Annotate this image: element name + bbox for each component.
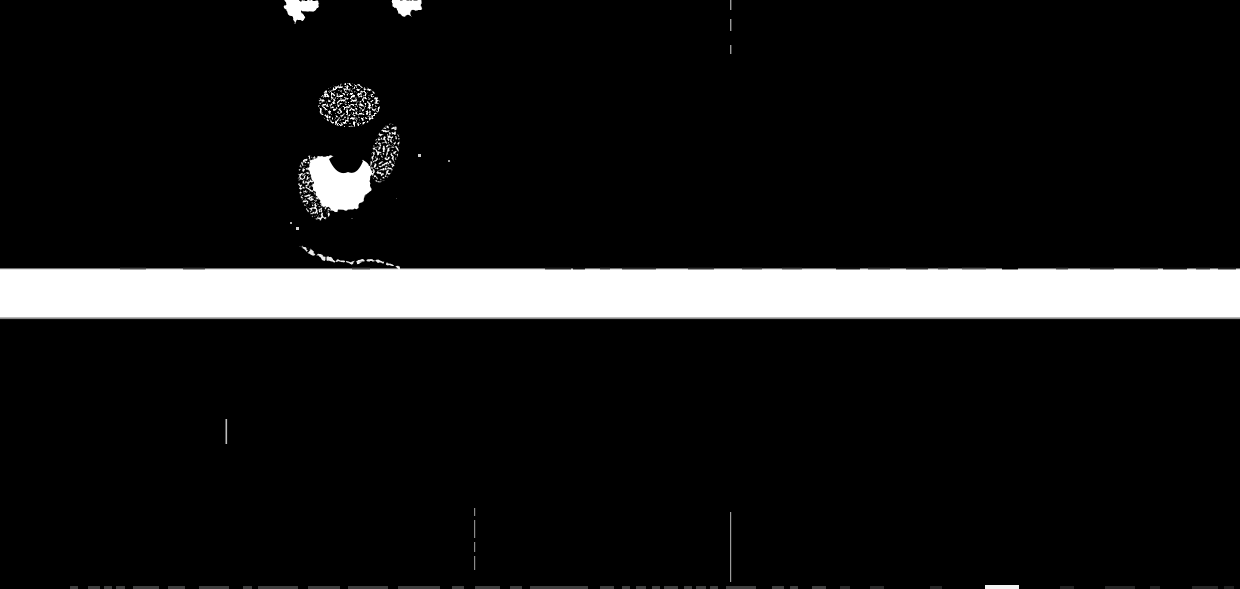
gutter-top-edge-dash <box>1056 268 1068 270</box>
gutter-top-edge-dash <box>1140 268 1158 270</box>
top-highlight-blob-right <box>392 0 421 17</box>
gutter-top-edge-dash <box>782 268 802 270</box>
left-short-line <box>226 419 228 444</box>
top-column-divider-dashed <box>730 19 731 31</box>
page-gutter-band <box>0 268 1240 319</box>
gutter-top-edge-dash <box>1002 268 1018 270</box>
halftone-figure-layer <box>284 0 450 267</box>
gutter-top-edge-dash <box>352 268 370 270</box>
top-column-divider-dashed <box>730 45 731 54</box>
gutter-top-edge-dash <box>573 268 585 270</box>
stray-speck-b <box>448 160 450 162</box>
top-highlight-blob-left <box>284 0 319 23</box>
gutter-top-edge-dash <box>1163 268 1187 270</box>
under-chin-scatter <box>316 212 388 240</box>
gutter-top-edge-dash <box>120 268 146 270</box>
gutter-top-edge-dash <box>906 268 928 270</box>
gutter-top-edge-dash <box>1196 268 1210 270</box>
page-gutter-layer <box>0 268 1240 319</box>
gutter-top-edge-dash <box>1090 268 1114 270</box>
bottom-edge-dash <box>985 585 1019 589</box>
gutter-bottom-hairline <box>0 317 1240 319</box>
mid-column-divider-dashed <box>474 556 475 570</box>
gutter-top-edge-dash <box>938 268 948 270</box>
gutter-top-edge-dash <box>600 268 610 270</box>
arm-speck-a <box>296 227 299 230</box>
right-column-divider <box>730 512 731 582</box>
hair-mass-core <box>328 90 364 114</box>
mid-column-divider-dashed <box>474 508 475 516</box>
viewer-screen <box>0 0 1240 589</box>
gutter-top-edge-dash <box>836 268 860 270</box>
gutter-top-edge-dash <box>742 268 762 270</box>
gutter-top-edge-dash <box>545 268 571 270</box>
bottom-edge-layer <box>70 585 1234 589</box>
mid-column-divider-dashed <box>474 542 475 552</box>
left-edge-scatter <box>292 177 310 205</box>
gutter-top-edge-dash <box>183 268 205 270</box>
top-column-divider-dashed <box>730 0 731 10</box>
stray-speck-a <box>418 154 421 157</box>
gutter-top-edge-dash <box>688 268 714 270</box>
arm-speck-b <box>290 222 292 224</box>
gutter-top-edge-dash <box>868 268 890 270</box>
gutter-top-edge-dash <box>1218 268 1236 270</box>
gutter-top-edge-dash <box>622 268 656 270</box>
viewer-graphics <box>0 0 1240 589</box>
right-collar-scatter <box>381 174 405 222</box>
gutter-top-edge-dash <box>962 268 986 270</box>
shoulder-arc <box>301 246 398 267</box>
mid-column-divider-dashed <box>474 520 475 538</box>
